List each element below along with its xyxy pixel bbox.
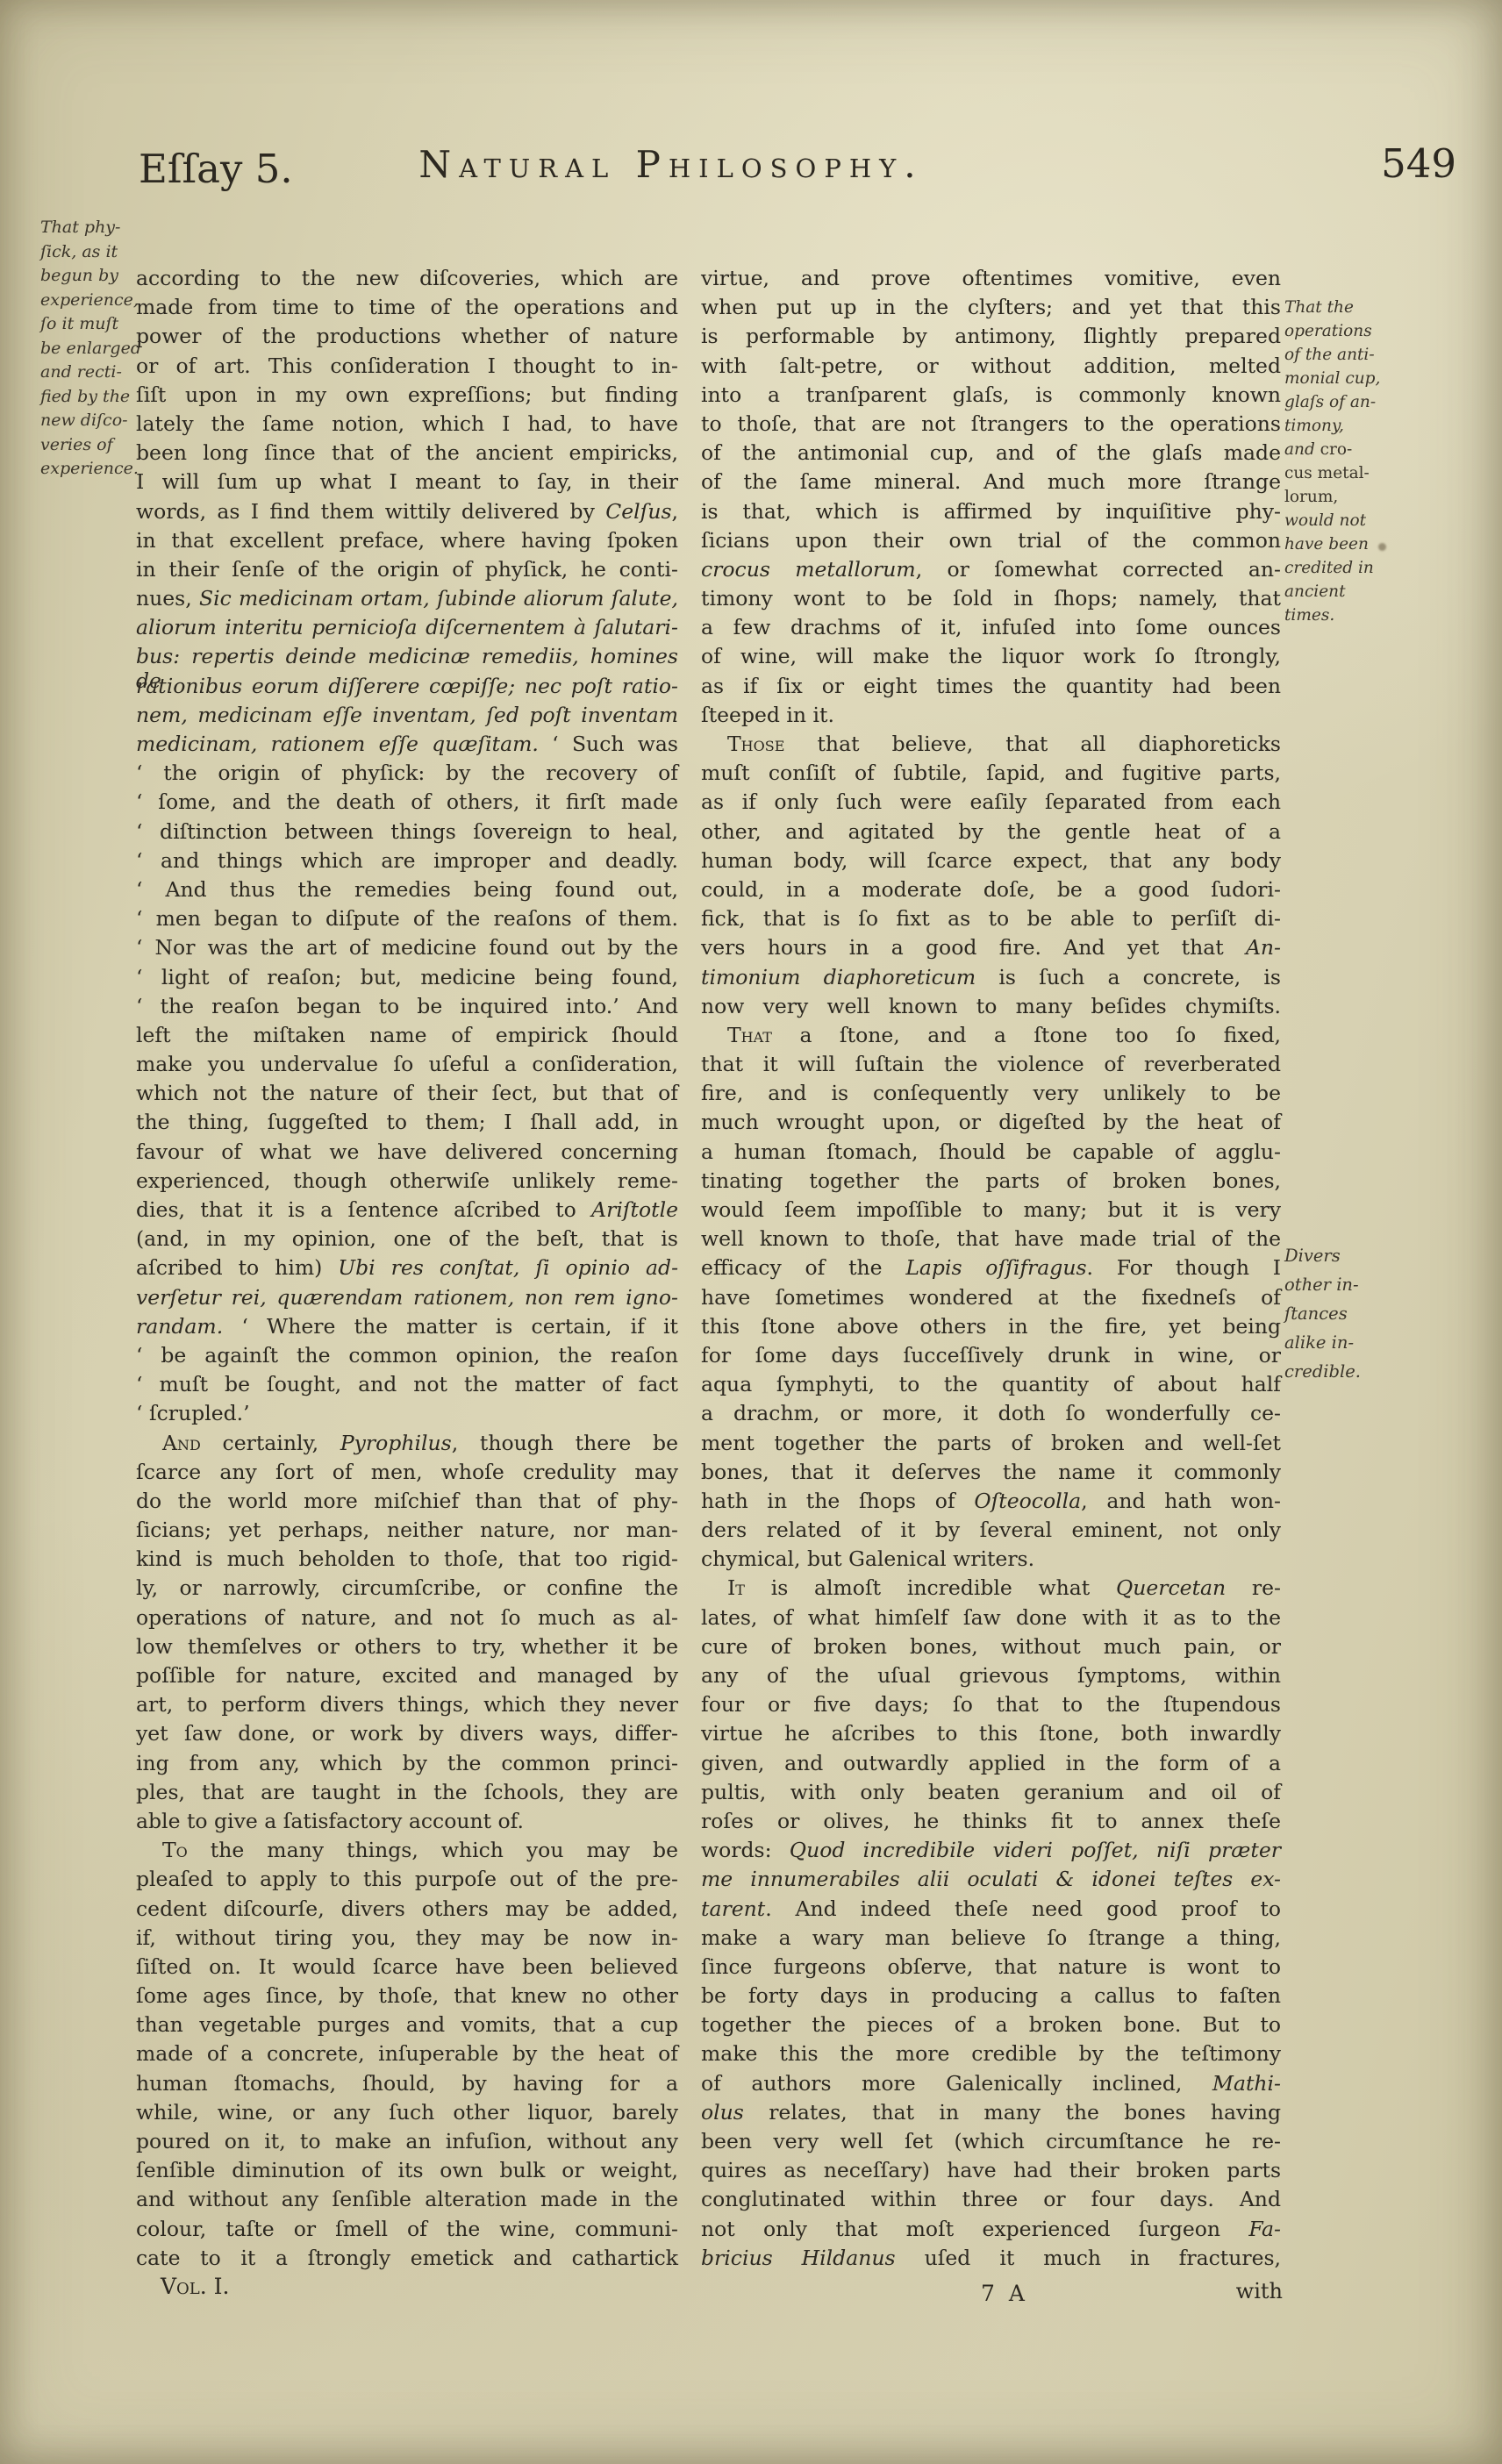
text-line: ſome ages ſince, by thoſe, that knew no … xyxy=(136,1983,678,2012)
text-line: colour, taſte or ſmell of the wine, comm… xyxy=(136,2217,678,2246)
text-line: art, to perform divers things, which the… xyxy=(136,1692,678,1721)
text-line: conglutinated within three or four days.… xyxy=(701,2187,1281,2216)
text-line: been long ſince that of the ancient empi… xyxy=(136,440,678,469)
text-line: bones, that it deſerves the name it comm… xyxy=(701,1460,1281,1489)
text-line: fied by the xyxy=(40,387,144,411)
text-line: as if only ſuch were eaſily ſeparated fr… xyxy=(701,789,1281,818)
text-line: make you undervalue ſo uſeful a conſider… xyxy=(136,1052,678,1081)
text-line: crocus metallorum, or ſomewhat corrected… xyxy=(701,557,1281,586)
text-line: (and, in my opinion, one of the beſt, th… xyxy=(136,1226,678,1255)
volume-label: Vol. I. xyxy=(161,2274,229,2299)
text-line: to thoſe, that are not ſtrangers to the … xyxy=(701,411,1281,440)
text-line: is that, which is affirmed by inquiſitiv… xyxy=(701,499,1281,528)
text-line: dies, that it is a ſentence aſcribed to … xyxy=(136,1197,678,1226)
text-line: aliorum interitu pernicioſa diſcernentem… xyxy=(136,615,678,644)
body-column-right: virtue, and prove oftentimes vomitive, e… xyxy=(701,266,1281,2275)
text-line: made from time to time of the operations… xyxy=(136,295,678,324)
text-line: Divers xyxy=(1284,1246,1464,1275)
text-line: any of the uſual grievous ſymptoms, with… xyxy=(701,1663,1281,1692)
text-line: would not xyxy=(1284,511,1464,535)
catchword: with xyxy=(1209,2279,1283,2303)
text-line: muſt conſiſt of ſubtile, ſapid, and fugi… xyxy=(701,761,1281,789)
text-line: ‘ light of reaſon; but, medicine being f… xyxy=(136,965,678,994)
text-line: ‘ be againſt the common opinion, the rea… xyxy=(136,1343,678,1372)
text-line: ders related of it by ſeveral eminent, n… xyxy=(701,1518,1281,1546)
text-line: verſetur rei, quærendam rationem, non re… xyxy=(136,1285,678,1314)
text-line: chymical, but Galenical writers. xyxy=(701,1546,1281,1575)
essay-number: Eſſay 5. xyxy=(139,146,293,192)
text-line: credited in xyxy=(1284,559,1464,582)
text-line: ſick, as it xyxy=(40,242,144,267)
text-line: experienced, though otherwiſe unlikely r… xyxy=(136,1168,678,1197)
text-line: well known to thoſe, that have made tria… xyxy=(701,1226,1281,1255)
text-line: kind is much beholden to thoſe, that too… xyxy=(136,1546,678,1575)
text-line: credible. xyxy=(1284,1361,1464,1390)
text-line: lates, of what himſelf ſaw done with it … xyxy=(701,1605,1281,1634)
text-line: rationibus eorum diſſerere cœpiſſe; nec … xyxy=(136,674,678,703)
text-line: timonium diaphoreticum is ſuch a concret… xyxy=(701,965,1281,994)
text-line: and recti- xyxy=(40,362,144,387)
text-line: fire, and is conſequently very unlikely … xyxy=(701,1081,1281,1110)
text-line: as if ſix or eight times the quantity ha… xyxy=(701,674,1281,703)
book-page: Eſſay 5. Natural Philosophy. 549 That ph… xyxy=(0,0,1502,2464)
text-line: do the world more miſchief than that of … xyxy=(136,1489,678,1518)
text-line: And certainly, Pyrophilus, though there … xyxy=(136,1431,678,1460)
text-line: medicinam, rationem eſſe quæſitam. ‘ Suc… xyxy=(136,732,678,761)
text-line: been very well ſet (which circumſtance h… xyxy=(701,2129,1281,2158)
text-line: ‘ And thus the remedies being found out, xyxy=(136,877,678,906)
text-line: now very well known to many beſides chym… xyxy=(701,994,1281,1023)
paper-speck xyxy=(563,1647,569,1653)
page-number: 549 xyxy=(1351,140,1456,187)
text-line: according to the new diſcoveries, which … xyxy=(136,266,678,295)
text-line: aqua ſymphyti, to the quantity of about … xyxy=(701,1372,1281,1401)
margin-note-right-middle: Diversother in-ſtancesalike in-credible. xyxy=(1284,1246,1464,1390)
text-line: would ſeem impoſſible to many; but it is… xyxy=(701,1197,1281,1226)
text-line: of authors more Galenically inclined, Ma… xyxy=(701,2071,1281,2100)
text-line: Those that believe, that all diaphoretic… xyxy=(701,732,1281,761)
text-line: pultis, with only beaten geranium and oi… xyxy=(701,1780,1281,1809)
text-line: in that excellent preface, where having … xyxy=(136,528,678,557)
text-line: ſiſt upon in my own expreſſions; but fin… xyxy=(136,382,678,411)
text-line: ſteeped in it. xyxy=(701,703,1281,732)
text-line: nem, medicinam eſſe inventam, ſed poſt i… xyxy=(136,703,678,732)
text-line: pleaſed to apply to this purpoſe out of … xyxy=(136,1867,678,1896)
text-line: ſenſible diminution of its own bulk or w… xyxy=(136,2158,678,2187)
text-line: veries of xyxy=(40,435,144,460)
text-line: left the miſtaken name of empirick ſhoul… xyxy=(136,1023,678,1052)
text-line: and cro- xyxy=(1284,440,1464,464)
text-line: not only that moſt experienced ſurgeon F… xyxy=(701,2217,1281,2246)
text-line: timony wont to be ſold in ſhops; namely,… xyxy=(701,586,1281,615)
text-line: ly, or narrowly, circumſcribe, or confin… xyxy=(136,1575,678,1604)
text-line: ſo it muſt xyxy=(40,314,144,339)
text-line: this ſtone above others in the fire, yet… xyxy=(701,1314,1281,1343)
text-line: have been xyxy=(1284,535,1464,559)
text-line: ment together the parts of broken and we… xyxy=(701,1431,1281,1460)
page-title: Natural Philosophy. xyxy=(364,143,978,186)
text-line: ‘ ſome, and the death of others, it firſ… xyxy=(136,789,678,818)
text-line: ſicians; yet perhaps, neither nature, no… xyxy=(136,1518,678,1546)
text-line: vers hours in a good fire. And yet that … xyxy=(701,935,1281,964)
text-line: a human ſtomach, ſhould be capable of ag… xyxy=(701,1139,1281,1168)
text-line: cedent diſcourſe, divers others may be a… xyxy=(136,1896,678,1925)
text-line: ‘ and things which are improper and dead… xyxy=(136,848,678,877)
text-line: ‘ men began to diſpute of the reaſons of… xyxy=(136,906,678,935)
text-line: ‘ Nor was the art of medicine found out … xyxy=(136,935,678,964)
signature-mark: 7 A xyxy=(981,2281,1028,2306)
text-line: nues, Sic medicinam ortam, ſubinde alior… xyxy=(136,586,678,615)
text-line: which not the nature of their ſect, but … xyxy=(136,1081,678,1110)
text-line: while, wine, or any ſuch other liquor, b… xyxy=(136,2100,678,2129)
text-line: given, and outwardly applied in the form… xyxy=(701,1751,1281,1780)
text-line: virtue he aſcribes to this ſtone, both i… xyxy=(701,1721,1281,1750)
text-line: new diſco- xyxy=(40,411,144,435)
text-line: made of a concrete, inſuperable by the h… xyxy=(136,2041,678,2070)
text-line: in their ſenſe of the origin of phyſick,… xyxy=(136,557,678,586)
text-line: monial cup, xyxy=(1284,369,1464,393)
text-line: quires as neceſſary) have had their brok… xyxy=(701,2158,1281,2187)
margin-note-left: That phy-ſick, as itbegun byexperience,ſ… xyxy=(40,218,144,483)
text-line: low themſelves or others to try, whether… xyxy=(136,1634,678,1663)
text-line: fick, that is ſo fixt as to be able to p… xyxy=(701,906,1281,935)
text-line: bus: repertis deinde medicinæ remediis, … xyxy=(136,644,678,673)
text-line: I will ſum up what I meant to ſay, in th… xyxy=(136,469,678,498)
text-line: be enlarged xyxy=(40,339,144,363)
text-line: yet ſaw done, or work by divers ways, di… xyxy=(136,1721,678,1750)
text-line: the thing, ſuggeſted to them; I ſhall ad… xyxy=(136,1110,678,1139)
text-line: tarent. And indeed theſe need good proof… xyxy=(701,1896,1281,1925)
text-line: ‘ muſt be ſought, and not the matter of … xyxy=(136,1372,678,1401)
text-line: of the anti- xyxy=(1284,346,1464,369)
text-line: have ſometimes wondered at the fixedneſs… xyxy=(701,1285,1281,1314)
text-line: begun by xyxy=(40,266,144,290)
text-line: poſſible for nature, excited and managed… xyxy=(136,1663,678,1692)
text-line: a few drachms of it, infuſed into ſome o… xyxy=(701,615,1281,644)
text-line: of the antimonial cup, and of the glaſs … xyxy=(701,440,1281,469)
text-line: favour of what we have delivered concern… xyxy=(136,1139,678,1168)
text-line: ancient xyxy=(1284,582,1464,606)
text-line: ſtances xyxy=(1284,1303,1464,1332)
text-line: tinating together the parts of broken bo… xyxy=(701,1168,1281,1197)
text-line: timony, xyxy=(1284,417,1464,440)
text-line: me innumerabiles alii oculati & idonei t… xyxy=(701,1867,1281,1896)
text-line: ‘ ſcrupled.’ xyxy=(136,1401,678,1430)
text-line: hath in the ſhops of Oſteocolla, and hat… xyxy=(701,1489,1281,1518)
text-line: roſes or olives, he thinks fit to annex … xyxy=(701,1809,1281,1838)
text-line: other, and agitated by the gentle heat o… xyxy=(701,819,1281,848)
text-line: ples, that are taught in the ſchools, th… xyxy=(136,1780,678,1809)
text-line: cure of broken bones, without much pain,… xyxy=(701,1634,1281,1663)
text-line: of the ſame mineral. And much more ſtran… xyxy=(701,469,1281,498)
text-line: could, in a moderate doſe, be a good ſud… xyxy=(701,877,1281,906)
text-line: virtue, and prove oftentimes vomitive, e… xyxy=(701,266,1281,295)
text-line: olus relates, that in many the bones hav… xyxy=(701,2100,1281,2129)
text-line: or of art. This conſideration I thought … xyxy=(136,354,678,382)
text-line: times. xyxy=(1284,606,1464,630)
text-line: for ſome days ſucceſſively drunk in wine… xyxy=(701,1343,1281,1372)
text-line: that it will ſuſtain the violence of rev… xyxy=(701,1052,1281,1081)
text-line: alike in- xyxy=(1284,1332,1464,1361)
text-line: human ſtomachs, ſhould, by having for a xyxy=(136,2071,678,2100)
text-line: experience. xyxy=(40,459,144,483)
text-line: words: Quod incredibile videri poſſet, n… xyxy=(701,1838,1281,1867)
text-line: together the pieces of a broken bone. Bu… xyxy=(701,2012,1281,2041)
text-line: be forty days in producing a callus to f… xyxy=(701,1983,1281,2012)
text-line: aſcribed to him) Ubi res conſtat, ſi opi… xyxy=(136,1255,678,1284)
text-line: cate to it a ſtrongly emetick and cathar… xyxy=(136,2246,678,2275)
text-line: words, as I find them wittily delivered … xyxy=(136,499,678,528)
text-line: a drachm, or more, it doth ſo wonderfull… xyxy=(701,1401,1281,1430)
text-line: ‘ the origin of phyſick: by the recovery… xyxy=(136,761,678,789)
text-line: That the xyxy=(1284,298,1464,322)
text-line: with ſalt-petre, or without addition, me… xyxy=(701,354,1281,382)
text-line: bricius Hildanus uſed it much in fractur… xyxy=(701,2246,1281,2275)
text-line: make this the more credible by the teſti… xyxy=(701,2041,1281,2070)
text-line: able to give a ſatisfactory account of. xyxy=(136,1809,678,1838)
text-line: That phy- xyxy=(40,218,144,242)
text-line: much wrought upon, or digeſted by the he… xyxy=(701,1110,1281,1139)
text-line: power of the productions whether of natu… xyxy=(136,324,678,353)
text-line: lately the ſame notion, which I had, to … xyxy=(136,411,678,440)
text-line: ſcarce any ſort of men, whoſe credulity … xyxy=(136,1460,678,1489)
text-line: lorum, xyxy=(1284,488,1464,511)
text-line: operations of nature, and not ſo much as… xyxy=(136,1605,678,1634)
text-line: of wine, will make the liquor work ſo ſt… xyxy=(701,644,1281,673)
margin-note-right-top: That theoperationsof the anti-monial cup… xyxy=(1284,298,1464,630)
text-line: glaſs of an- xyxy=(1284,393,1464,417)
text-line: poured on it, to make an infuſion, witho… xyxy=(136,2129,678,2158)
text-line: ſicians upon their own trial of the comm… xyxy=(701,528,1281,557)
text-line: when put up in the clyſters; and yet tha… xyxy=(701,295,1281,324)
text-line: ‘ the reaſon began to be inquired into.’… xyxy=(136,994,678,1023)
text-line: into a tranſparent glaſs, is commonly kn… xyxy=(701,382,1281,411)
text-line: efficacy of the Lapis oſſifragus. For th… xyxy=(701,1255,1281,1284)
text-line: four or five days; ſo that to the ſtupen… xyxy=(701,1692,1281,1721)
paper-speck xyxy=(1378,543,1386,551)
text-line: randam. ‘ Where the matter is certain, i… xyxy=(136,1314,678,1343)
text-line: than vegetable purges and vomits, that a… xyxy=(136,2012,678,2041)
text-line: if, without tiring you, they may be now … xyxy=(136,1925,678,1954)
text-line: That a ſtone, and a ſtone too ſo fixed, xyxy=(701,1023,1281,1052)
text-line: cus metal- xyxy=(1284,464,1464,488)
text-line: other in- xyxy=(1284,1275,1464,1303)
text-line: To the many things, which you may be xyxy=(136,1838,678,1867)
text-line: experience, xyxy=(40,290,144,315)
text-line: operations xyxy=(1284,322,1464,346)
text-line: ſince furgeons obſerve, that nature is w… xyxy=(701,1954,1281,1983)
text-line: human body, will ſcarce expect, that any… xyxy=(701,848,1281,877)
text-line: is performable by antimony, ſlightly pre… xyxy=(701,324,1281,353)
text-line: make a wary man believe ſo ſtrange a thi… xyxy=(701,1925,1281,1954)
body-column-left: according to the new diſcoveries, which … xyxy=(136,266,678,2275)
text-line: and without any ſenſible alteration made… xyxy=(136,2187,678,2216)
text-line: ſiſted on. It would ſcarce have been bel… xyxy=(136,1954,678,1983)
text-line: ing from any, which by the common princi… xyxy=(136,1751,678,1780)
text-line: It is almoſt incredible what Quercetan r… xyxy=(701,1575,1281,1604)
text-line: ‘ diſtinction between things ſovereign t… xyxy=(136,819,678,848)
